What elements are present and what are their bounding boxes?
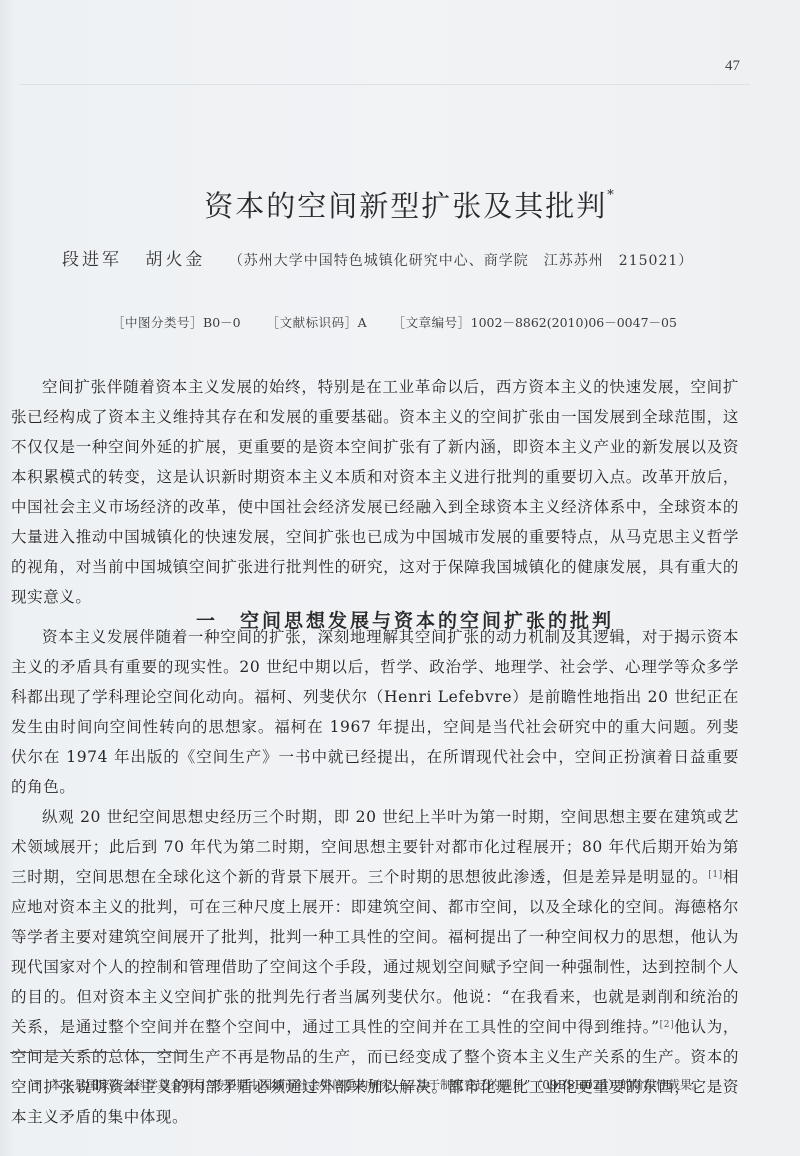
section-body: 资本主义发展伴随着一种空间的扩张，深刻地理解其空间扩张的动力机制及其逻辑，对于揭… (11, 622, 739, 1132)
article-metadata: ［中图分类号］B0－0 ［文献标识码］A ［文章编号］1002－8862(201… (112, 313, 699, 331)
clc-label: ［中图分类号］ (112, 315, 203, 330)
article-title-text: 资本的空间新型扩张及其批判 (204, 189, 607, 223)
paragraph-text: 相应地对资本主义的批判，可在三种尺度上展开：即建筑空间、都市空间，以及全球化的空… (11, 868, 739, 1036)
footnote-text: 本文是国家社会科学基金项目“转型期中国城市社会空间重构研究——基于制度变迁的视角… (50, 1078, 704, 1092)
citation-ref: [2] (660, 1020, 675, 1030)
article-title: 资本的空间新型扩张及其批判* (0, 184, 800, 225)
doc-code-field: ［文献标识码］A (267, 315, 367, 330)
header-rule (20, 84, 750, 85)
footnote-mark: * (34, 1078, 40, 1092)
footnote-rule (10, 1052, 188, 1053)
article-number-field: ［文章编号］1002－8862(2010)06－0047－05 (393, 315, 677, 330)
page-number: 47 (725, 58, 740, 75)
body-paragraph: 资本主义发展伴随着一种空间的扩张，深刻地理解其空间扩张的动力机制及其逻辑，对于揭… (11, 622, 739, 802)
doc-code-value: A (358, 315, 367, 330)
title-footnote-mark: * (607, 188, 616, 203)
citation-ref: [1] (708, 870, 723, 880)
abstract: 空间扩张伴随着资本主义发展的始终，特别是在工业革命以后，西方资本主义的快速发展，… (11, 372, 739, 612)
author-name: 胡火金 (145, 250, 205, 270)
doc-code-label: ［文献标识码］ (267, 315, 358, 330)
article-number-value: 1002－8862(2010)06－0047－05 (471, 315, 677, 330)
author-affiliation: （苏州大学中国特色城镇化研究中心、商学院 江苏苏州 215021） (229, 253, 693, 269)
article-number-label: ［文章编号］ (393, 315, 471, 330)
footnote: *本文是国家社会科学基金项目“转型期中国城市社会空间重构研究——基于制度变迁的视… (10, 1072, 740, 1098)
author-name: 段进军 (62, 250, 122, 270)
paragraph-text: 纵观 20 世纪空间思想史经历三个时期，即 20 世纪上半叶为第一时期，空间思想… (11, 808, 739, 886)
abstract-paragraph: 空间扩张伴随着资本主义发展的始终，特别是在工业革命以后，西方资本主义的快速发展，… (11, 372, 739, 612)
clc-field: ［中图分类号］B0－0 (112, 315, 241, 330)
clc-value: B0－0 (203, 315, 241, 330)
author-line: 段进军 胡火金 （苏州大学中国特色城镇化研究中心、商学院 江苏苏州 215021… (62, 245, 693, 270)
